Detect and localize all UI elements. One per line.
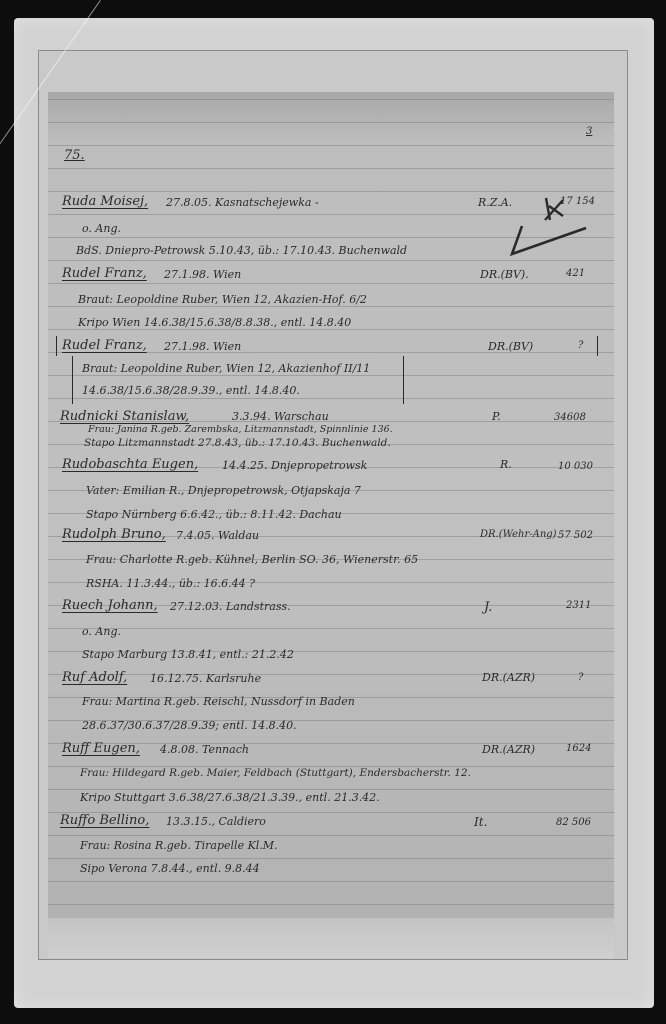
entry-category: DR.(BV). <box>480 268 529 281</box>
entry-line: Frau: Martina R.geb. Reischl, Nussdorf i… <box>82 695 355 708</box>
entry-category: DR.(AZR) <box>482 743 535 756</box>
entry-name: Rudel Franz, <box>62 266 147 281</box>
entry-line: Kripo Stuttgart 3.6.38/27.6.38/21.3.39.,… <box>80 791 380 804</box>
entry-number: 82 506 <box>556 817 591 828</box>
entry-category: It. <box>474 815 487 829</box>
entry-line: Sipo Verona 7.8.44., entl. 9.8.44 <box>80 862 260 875</box>
entry-name: Ruf Adolf, <box>62 670 127 685</box>
entry-line: Kripo Wien 14.6.38/15.6.38/8.8.38., entl… <box>78 316 351 329</box>
entry-birth: 7.4.05. Waldau <box>176 529 259 542</box>
entry-line: 14.6.38/15.6.38/28.9.39., entl. 14.8.40. <box>82 384 300 397</box>
entry-line: Braut: Leopoldine Ruber, Wien 12, Akazie… <box>82 362 370 375</box>
entry-birth: 14.4.25. Dnjepropetrowsk <box>222 459 367 472</box>
entry-number: ? <box>578 340 583 351</box>
entry-line: Stapo Litzmannstadt 27.8.43, üb.: 17.10.… <box>84 437 391 449</box>
entry-name: Rudobaschta Eugen, <box>62 457 198 472</box>
entry-line: Frau: Hildegard R.geb. Maier, Feldbach (… <box>80 767 471 779</box>
entry-line: RSHA. 11.3.44., üb.: 16.6.44 ? <box>86 577 255 590</box>
page-mark: 3 <box>586 126 592 137</box>
entry-line: Stapo Nürnberg 6.6.42., üb.: 8.11.42. Da… <box>86 508 342 521</box>
entry-name: Ruech Johann, <box>62 598 158 613</box>
entry-number: 2311 <box>566 600 591 611</box>
entry-number: 421 <box>566 268 585 279</box>
entry-birth: 16.12.75. Karlsruhe <box>150 672 261 685</box>
entry-birth: 27.1.98. Wien <box>164 268 241 281</box>
entry-line: Stapo Marburg 13.8.41, entl.: 21.2.42 <box>82 648 294 661</box>
entry-category: DR.(Wehr-Ang) <box>480 529 557 540</box>
entry-line: Frau: Janina R.geb. Zarembska, Litzmanns… <box>88 424 393 435</box>
entry-birth: 27.8.05. Kasnatschejewka - <box>166 196 319 209</box>
entry-name: Rudolph Bruno, <box>62 527 166 542</box>
entry-line: Frau: Rosina R.geb. Tirapelle Kl.M. <box>80 839 278 852</box>
entry-category: DR.(BV) <box>488 340 533 353</box>
entry-category: J. <box>484 600 492 615</box>
entry-line: Frau: Charlotte R.geb. Kühnel, Berlin SO… <box>86 553 418 566</box>
entry-name: Rudnicki Stanislaw, <box>60 409 189 424</box>
entry-birth: 13.3.15., Caldiero <box>166 815 266 828</box>
entry-number: ? <box>578 672 583 683</box>
entry-name: Ruffo Bellino, <box>60 813 149 828</box>
entry-birth: 3.3.94. Warschau <box>232 410 329 423</box>
entry-line: o. Ang. <box>82 222 121 235</box>
entry-line: Braut: Leopoldine Ruber, Wien 12, Akazie… <box>78 293 367 306</box>
entry-category: P. <box>492 410 501 423</box>
cross-mark-icon <box>543 196 565 222</box>
sheet-fold-shadow <box>48 918 614 958</box>
entry-number: 1624 <box>566 743 591 754</box>
entry-category: R.Z.A. <box>478 196 512 209</box>
entry-name: Ruff Eugen, <box>62 741 140 756</box>
entry-category: R. <box>500 458 512 471</box>
checkmark-icon <box>508 222 590 258</box>
entry-birth: 27.12.03. Landstrass. <box>170 600 291 613</box>
entry-number: 57 502 <box>558 530 593 541</box>
card-number: 75. <box>64 148 85 163</box>
entry-number: 34608 <box>554 412 586 423</box>
entry-name: Rudel Franz, <box>62 338 147 353</box>
entry-line: BdS. Dniepro-Petrowsk 5.10.43, üb.: 17.1… <box>76 244 407 257</box>
entry-line: 28.6.37/30.6.37/28.9.39; entl. 14.8.40. <box>82 719 297 732</box>
entry-number: 10 030 <box>558 461 593 472</box>
entry-name: Ruda Moisej, <box>62 194 148 209</box>
entry-category: DR.(AZR) <box>482 671 535 684</box>
entry-number: 17 154 <box>560 196 595 207</box>
entry-line: Vater: Emilian R., Dnjepropetrowsk, Otja… <box>86 484 361 497</box>
entry-birth: 27.1.98. Wien <box>164 340 241 353</box>
entry-birth: 4.8.08. Tennach <box>160 743 249 756</box>
entry-line: o. Ang. <box>82 625 121 638</box>
